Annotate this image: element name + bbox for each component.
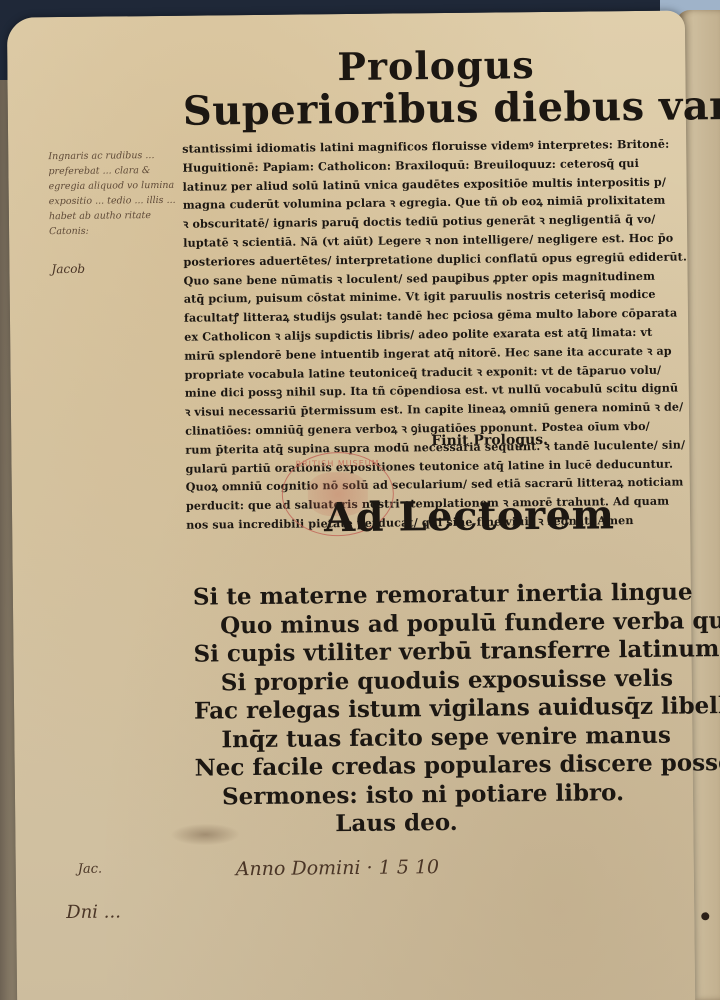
wormhole [701, 912, 709, 920]
stamp-text: BRITISH MUSEUM [282, 459, 392, 469]
handwritten-flourish: Dni ... [66, 901, 121, 923]
verse-line: Nec facile credas populares discere poss… [195, 749, 720, 784]
section-heading: Ad Lectorem [324, 491, 615, 541]
ink-smudge [170, 823, 240, 846]
verse-block: Si te materne remoratur inertia lingue Q… [193, 578, 720, 841]
prologue-text: stantissimi idiomatis latini magnificos … [182, 134, 696, 534]
handwritten-signature: Jacob [51, 262, 85, 276]
handwritten-inscription: Jac. [78, 862, 103, 877]
book-page: Prologus Superioribus diebus varios pre … [7, 10, 695, 1000]
finis-line: Finit Prologus. [431, 432, 548, 449]
incipit-line: Superioribus diebus varios pre [183, 80, 720, 134]
page-title: Prologus [337, 42, 535, 89]
handwritten-date: Anno Domini · 1 5 10 [236, 856, 440, 880]
handwritten-margin-note: Ingnaris ac rudibus ... preferebat ... c… [48, 148, 179, 239]
